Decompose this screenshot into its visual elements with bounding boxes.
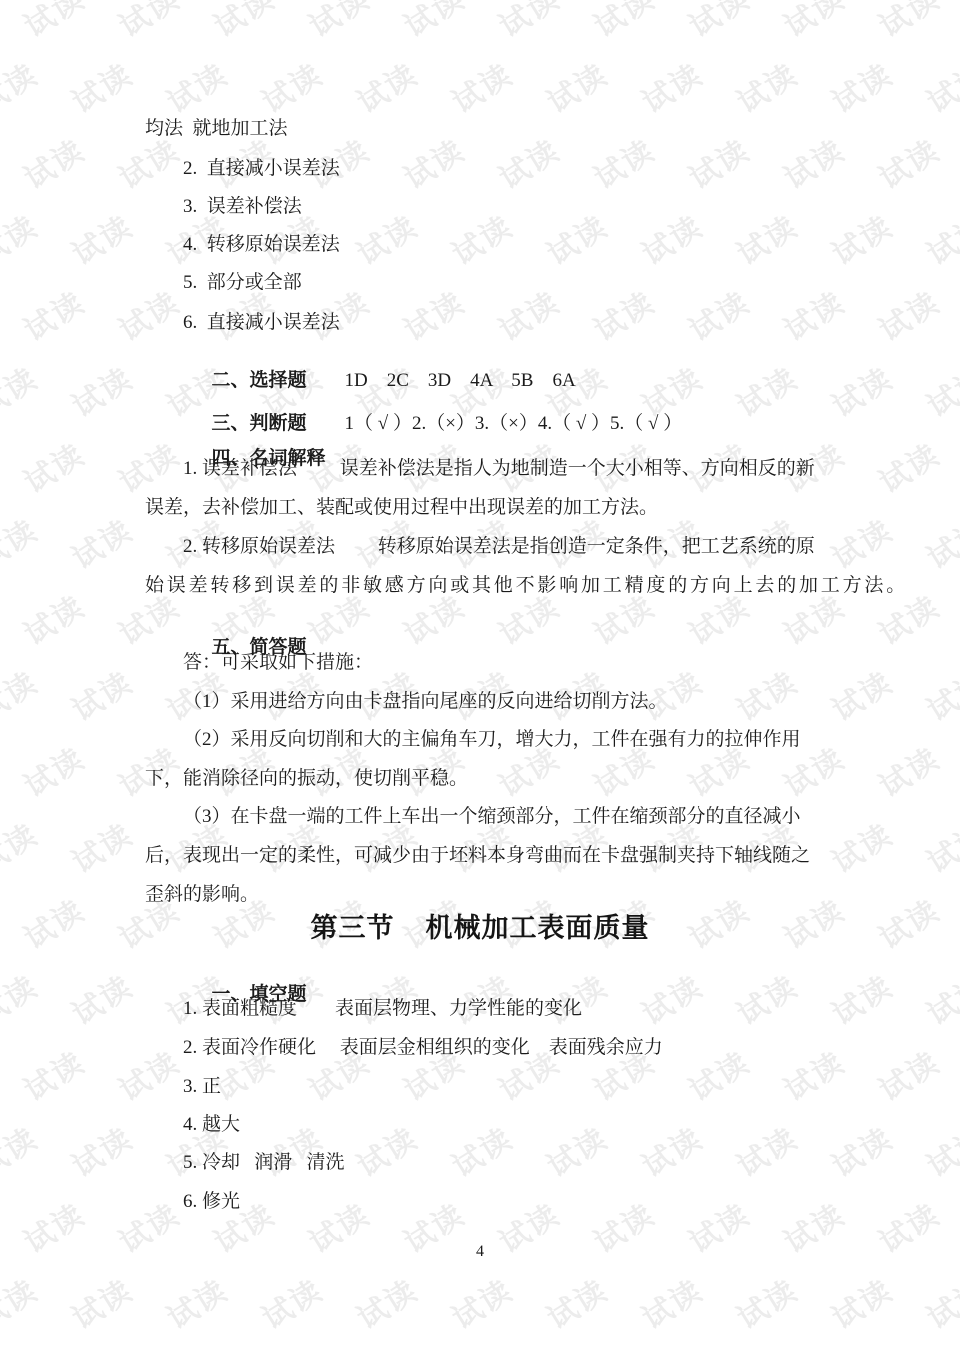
- list-item: 3. 误差补偿法: [183, 195, 302, 218]
- list-item: 1. 表面粗糙度 表面层物理、力学性能的变化: [183, 997, 582, 1020]
- answers-text: 1D 2C 3D 4A 5B 6A: [307, 370, 576, 391]
- section-label: 二、选择题: [212, 370, 307, 391]
- document-page: 试读试读试读试读试读试读试读试读试读试读试读试读试读试读试读试读试读试读试读试读…: [0, 0, 960, 1357]
- page-number: 4: [0, 1243, 960, 1261]
- text-line: （1）采用进给方向由卡盘指向尾座的反向进给切削方法。: [183, 690, 668, 713]
- text-line: 下，能消除径向的振动，使切削平稳。: [145, 767, 468, 790]
- list-item: 5. 部分或全部: [183, 271, 302, 294]
- text-line: 始误差转移到误差的非敏感方向或其他不影响加工精度的方向上去的加工方法。: [145, 574, 908, 597]
- text-line: 2. 转移原始误差法 转移原始误差法是指创造一定条件，把工艺系统的原: [183, 535, 815, 558]
- text-line: 答：可采取如下措施：: [183, 651, 373, 674]
- list-item: 2. 表面冷作硬化 表面层金相组织的变化 表面残余应力: [183, 1036, 663, 1059]
- section-heading: 第三节 机械加工表面质量: [0, 912, 960, 945]
- list-item: 4. 越大: [183, 1113, 240, 1136]
- list-item: 2. 直接减小误差法: [183, 157, 340, 180]
- text-line: （2）采用反向切削和大的主偏角车刀，增大力，工件在强有力的拉伸作用: [183, 728, 801, 751]
- answers-text: 1（ √ ）2.（×）3.（×）4.（ √ ）5.（ √ ）: [307, 413, 683, 434]
- list-item: 5. 冷却 润滑 清洗: [183, 1151, 345, 1174]
- text-line: 均法 就地加工法: [145, 117, 288, 140]
- list-item: 6. 直接减小误差法: [183, 311, 340, 334]
- list-item: 3. 正: [183, 1075, 221, 1098]
- text-line: 歪斜的影响。: [145, 883, 259, 906]
- text-line: （3）在卡盘一端的工件上车出一个缩颈部分，工件在缩颈部分的直径减小: [183, 805, 801, 828]
- list-item: 4. 转移原始误差法: [183, 233, 340, 256]
- text-line: 1. 误差补偿法 误差补偿法是指人为地制造一个大小相等、方向相反的新: [183, 457, 815, 480]
- text-line: 后，表现出一定的柔性，可减少由于坯料本身弯曲而在卡盘强制夹持下轴线随之: [145, 844, 810, 867]
- document-text: 均法 就地加工法 2. 直接减小误差法 3. 误差补偿法 4. 转移原始误差法 …: [0, 0, 960, 1357]
- list-item: 6. 修光: [183, 1190, 240, 1213]
- text-line: 误差，去补偿加工、装配或使用过程中出现误差的加工方法。: [145, 496, 658, 519]
